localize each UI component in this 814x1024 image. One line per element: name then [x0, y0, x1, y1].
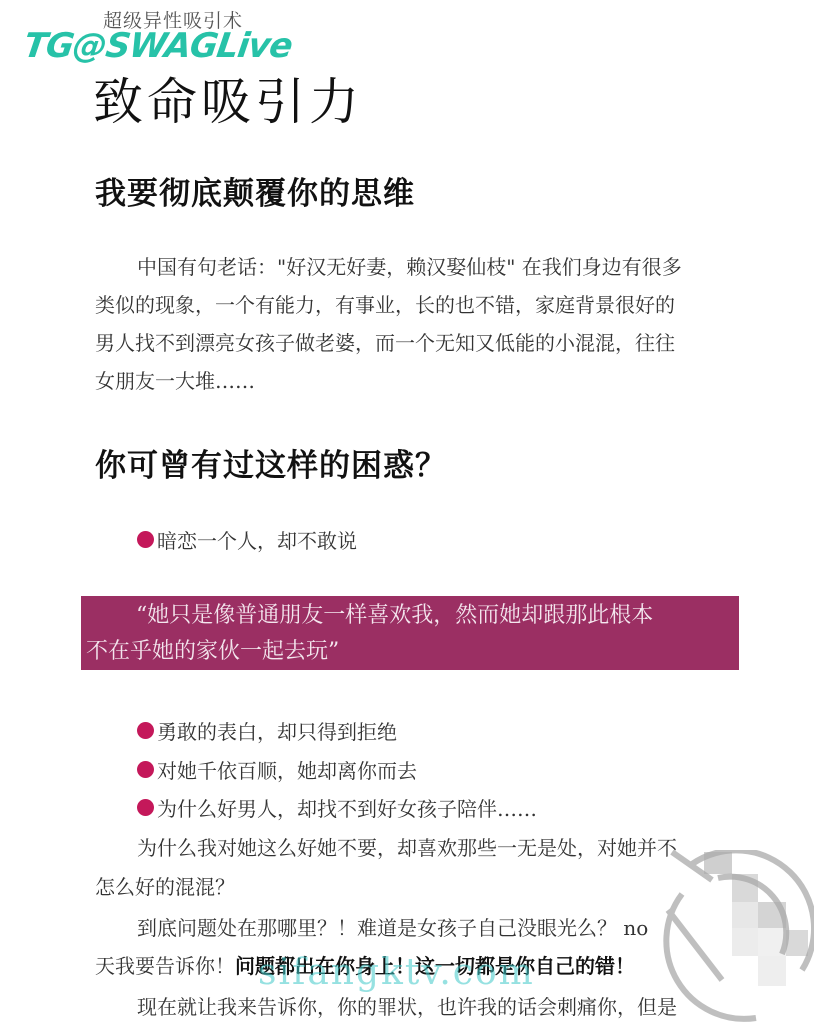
bullet-dot-icon	[137, 799, 154, 816]
bullet-text: 勇敢的表白，却只得到拒绝	[157, 716, 397, 745]
bullet-item: 勇敢的表白，却只得到拒绝	[137, 716, 397, 745]
paragraph-line: 中国有句老话："好汉无好妻，赖汉娶仙枝" 在我们身边有很多	[95, 248, 735, 286]
section-heading-2: 你可曾有过这样的困惑？	[95, 440, 447, 485]
quote-line: 不在乎她的家伙一起去玩”	[81, 634, 729, 670]
bullet-dot-icon	[137, 722, 154, 739]
quote-line: “她只是像普通朋友一样喜欢我，然而她却跟那此根本	[81, 598, 729, 634]
mosaic-logo-icon	[652, 850, 814, 1024]
paragraph-line: 男人找不到漂亮女孩子做老婆，而一个无知又低能的小混混，往往	[95, 324, 735, 362]
bullet-dot-icon	[137, 531, 154, 548]
paragraph-line: 类似的现象，一个有能力，有事业，长的也不错，家庭背景很好的	[95, 286, 735, 324]
bullet-item: 对她千依百顺，她却离你而去	[137, 755, 417, 784]
bullet-dot-icon	[137, 761, 154, 778]
body-line: 怎么好的混混？	[95, 871, 235, 900]
bullet-text: 对她千依百顺，她却离你而去	[157, 755, 417, 784]
bullet-text: 暗恋一个人，却不敢说	[157, 525, 357, 554]
intro-paragraph: 中国有句老话："好汉无好妻，赖汉娶仙枝" 在我们身边有很多 类似的现象，一个有能…	[95, 248, 735, 400]
section-heading-1: 我要彻底颠覆你的思维	[95, 168, 415, 213]
bullet-text: 为什么好男人，却找不到好女孩子陪伴……	[157, 793, 537, 822]
quote-box: “她只是像普通朋友一样喜欢我，然而她却跟那此根本 不在乎她的家伙一起去玩”	[81, 596, 739, 670]
bullet-item: 为什么好男人，却找不到好女孩子陪伴……	[137, 793, 537, 822]
site-watermark: sifangktv.com	[258, 952, 535, 993]
paragraph-line: 女朋友一大堆……	[95, 362, 735, 400]
page-title: 致命吸引力	[93, 62, 363, 134]
body-line: 现在就让我来告诉你，你的罪状，也许我的话会刺痛你，但是	[137, 991, 677, 1020]
body-line: 为什么我对她这么好她不要，却喜欢那些一无是处，对她并不	[137, 832, 677, 861]
watermark-text: TG@SWAGLive	[21, 26, 294, 66]
body-text: 天我要告诉你！	[95, 954, 235, 978]
body-line: 到底问题处在那哪里？！难道是女孩子自己没眼光么？ no	[137, 912, 648, 941]
bullet-item: 暗恋一个人，却不敢说	[137, 525, 357, 554]
